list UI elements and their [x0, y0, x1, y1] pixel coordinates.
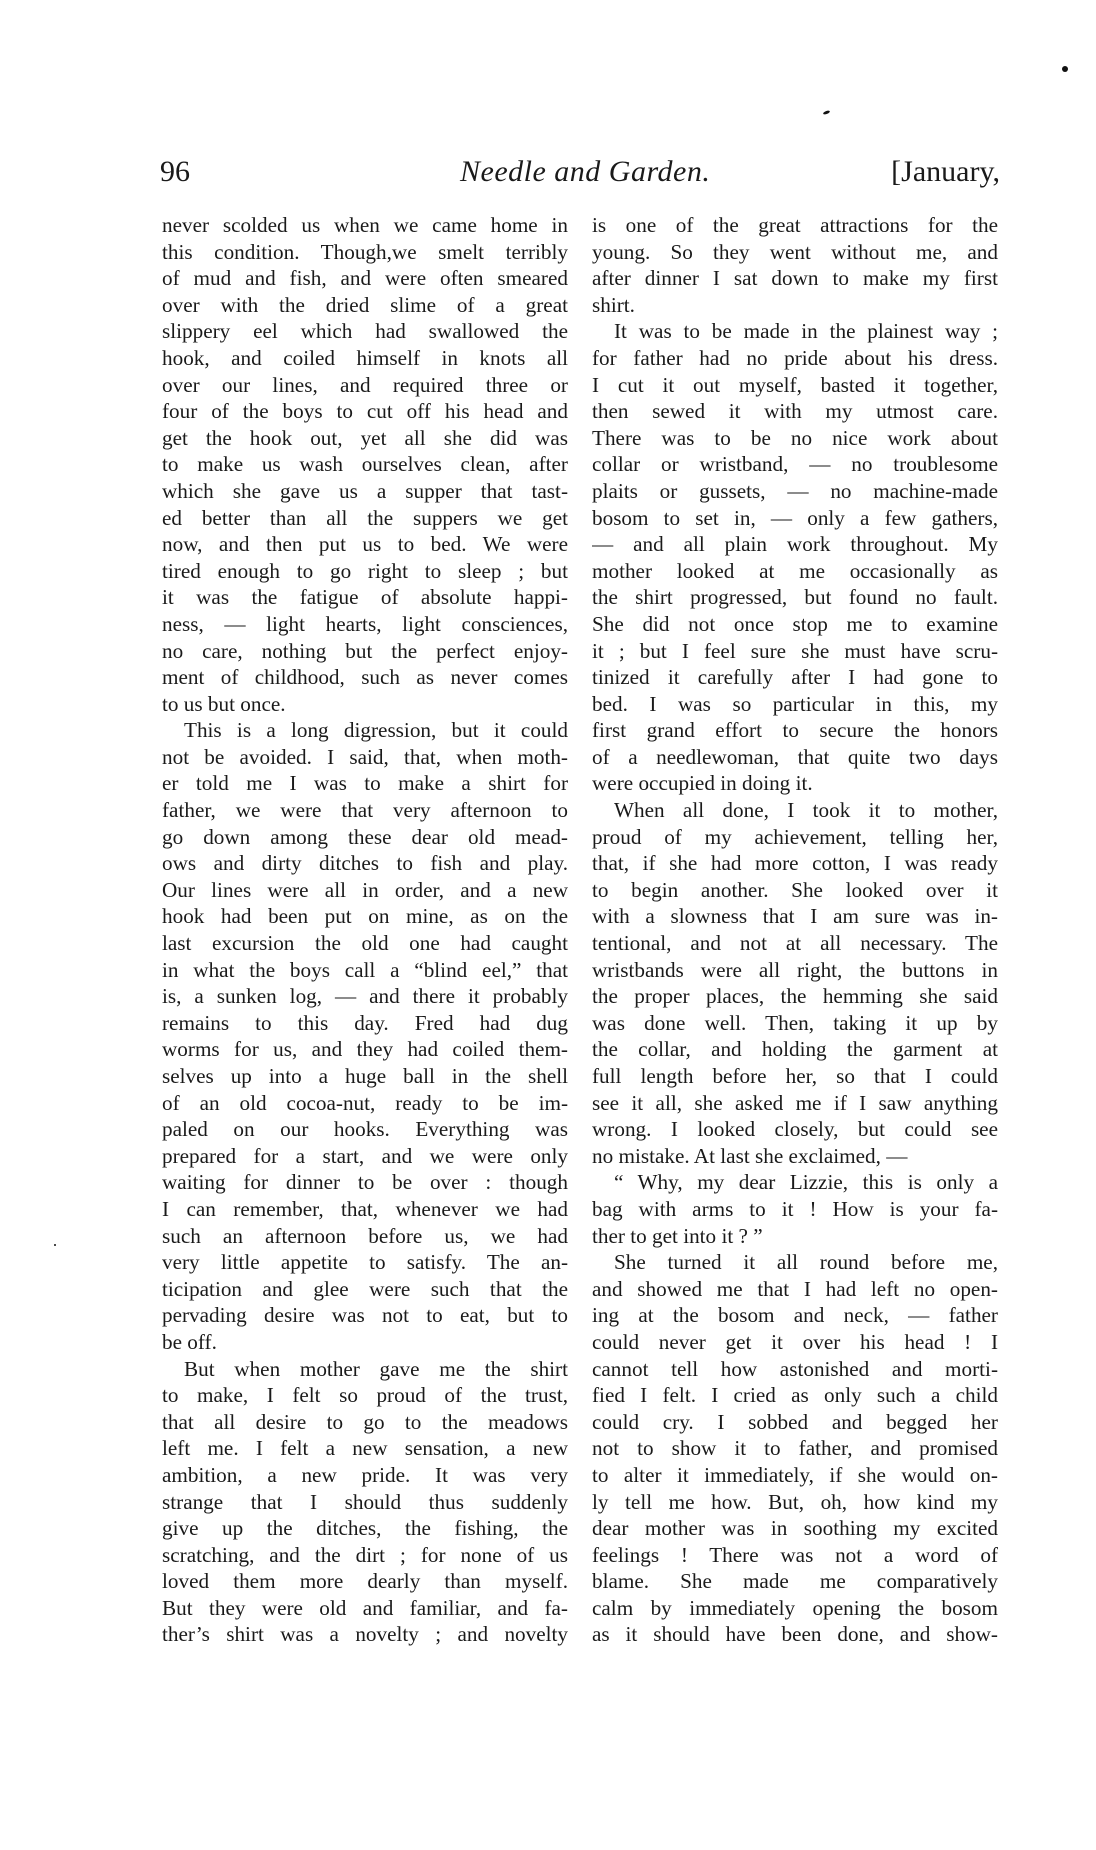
text-line: There was to be no nice work about: [592, 425, 998, 452]
text-line: in what the boys call a “blind eel,” tha…: [162, 957, 568, 984]
text-line: tired enough to go right to sleep ; but: [162, 558, 568, 585]
text-line: selves up into a huge ball in the shell: [162, 1063, 568, 1090]
text-line: She turned it all round before me,: [592, 1249, 998, 1276]
text-line: go down among these dear old mead-: [162, 824, 568, 851]
text-line: last excursion the old one had caught: [162, 930, 568, 957]
text-line: bag with arms to it ! How is your fa-: [592, 1196, 998, 1223]
text-line: this condition. Though,we smelt terribly: [162, 239, 568, 266]
text-line: paled on our hooks. Everything was: [162, 1116, 568, 1143]
text-line: strange that I should thus suddenly: [162, 1489, 568, 1516]
text-line: “ Why, my dear Lizzie, this is only a: [592, 1169, 998, 1196]
text-line: calm by immediately opening the bosom: [592, 1595, 998, 1622]
text-line: It was to be made in the plainest way ;: [592, 318, 998, 345]
text-line: hook, and coiled himself in knots all: [162, 345, 568, 372]
text-line: proud of my achievement, telling her,: [592, 824, 998, 851]
text-line: wrong. I looked closely, but could see: [592, 1116, 998, 1143]
text-line: not to show it to father, and promised: [592, 1435, 998, 1462]
text-line: see it all, she asked me if I saw anythi…: [592, 1090, 998, 1117]
text-line: feelings ! There was not a word of: [592, 1542, 998, 1569]
text-line: not be avoided. I said, that, when moth-: [162, 744, 568, 771]
text-line: fied I felt. I cried as only such a chil…: [592, 1382, 998, 1409]
text-line: Our lines were all in order, and a new: [162, 877, 568, 904]
text-line: could never get it over his head ! I: [592, 1329, 998, 1356]
text-line: ness, — light hearts, light consciences,: [162, 611, 568, 638]
issue-month: [January,: [891, 154, 1000, 190]
text-line: bed. I was so particular in this, my: [592, 691, 998, 718]
text-line: ambition, a new pride. It was very: [162, 1462, 568, 1489]
text-line: er told me I was to make a shirt for: [162, 770, 568, 797]
text-line: was done well. Then, taking it up by: [592, 1010, 998, 1037]
text-line: worms for us, and they had coiled them-: [162, 1036, 568, 1063]
scan-speck: [1062, 66, 1068, 72]
text-line: She did not once stop me to examine: [592, 611, 998, 638]
text-line: father, we were that very afternoon to: [162, 797, 568, 824]
text-line: get the hook out, yet all she did was: [162, 425, 568, 452]
text-line: four of the boys to cut off his head and: [162, 398, 568, 425]
text-line: first grand effort to secure the honors: [592, 717, 998, 744]
text-line: be off.: [162, 1329, 568, 1356]
text-line: could cry. I sobbed and begged her: [592, 1409, 998, 1436]
text-line: ther’s shirt was a novelty ; and novelty: [162, 1621, 568, 1648]
text-line: scratching, and the dirt ; for none of u…: [162, 1542, 568, 1569]
text-line: But they were old and familiar, and fa-: [162, 1595, 568, 1622]
running-title: Needle and Garden.: [460, 154, 710, 190]
text-column-right: is one of the great attractions for they…: [592, 212, 998, 1648]
text-line: When all done, I took it to mother,: [592, 797, 998, 824]
text-line: to begin another. She looked over it: [592, 877, 998, 904]
text-line: for father had no pride about his dress.: [592, 345, 998, 372]
text-line: wristbands were all right, the buttons i…: [592, 957, 998, 984]
text-line: is, a sunken log, — and there it probabl…: [162, 983, 568, 1010]
text-line: ment of childhood, such as never comes: [162, 664, 568, 691]
text-line: never scolded us when we came home in: [162, 212, 568, 239]
document-page: 96 Needle and Garden. [January, never sc…: [0, 0, 1096, 1850]
text-line: bosom to set in, — only a few gathers,: [592, 505, 998, 532]
text-line: with a slowness that I am sure was in-: [592, 903, 998, 930]
text-line: ly tell me how. But, oh, how kind my: [592, 1489, 998, 1516]
text-line: as it should have been done, and show-: [592, 1621, 998, 1648]
page-number: 96: [160, 154, 190, 190]
text-line: over our lines, and required three or: [162, 372, 568, 399]
text-line: of an old cocoa-nut, ready to be im-: [162, 1090, 568, 1117]
text-line: tinized it carefully after I had gone to: [592, 664, 998, 691]
text-line: very little appetite to satisfy. The an-: [162, 1249, 568, 1276]
text-line: I cut it out myself, basted it together,: [592, 372, 998, 399]
text-line: tentional, and not at all necessary. The: [592, 930, 998, 957]
text-line: prepared for a start, and we were only: [162, 1143, 568, 1170]
text-line: ticipation and glee were such that the: [162, 1276, 568, 1303]
text-line: to us but once.: [162, 691, 568, 718]
text-line: shirt.: [592, 292, 998, 319]
text-line: such an afternoon before us, we had: [162, 1223, 568, 1250]
text-column-left: never scolded us when we came home inthi…: [162, 212, 568, 1648]
text-line: to make, I felt so proud of the trust,: [162, 1382, 568, 1409]
text-line: over with the dried slime of a great: [162, 292, 568, 319]
text-line: ows and dirty ditches to fish and play.: [162, 850, 568, 877]
text-line: that all desire to go to the meadows: [162, 1409, 568, 1436]
text-line: — and all plain work throughout. My: [592, 531, 998, 558]
text-line: after dinner I sat down to make my first: [592, 265, 998, 292]
text-line: no care, nothing but the perfect enjoy-: [162, 638, 568, 665]
text-line: hook had been put on mine, as on the: [162, 903, 568, 930]
text-line: now, and then put us to bed. We were: [162, 531, 568, 558]
text-line: plaits or gussets, — no machine-made: [592, 478, 998, 505]
text-line: the proper places, the hemming she said: [592, 983, 998, 1010]
text-line: to alter it immediately, if she would on…: [592, 1462, 998, 1489]
text-line: But when mother gave me the shirt: [162, 1356, 568, 1383]
scan-speck: [823, 110, 831, 115]
running-head: 96 Needle and Garden. [January,: [160, 154, 1000, 194]
text-line: remains to this day. Fred had dug: [162, 1010, 568, 1037]
scan-speck: [54, 1244, 56, 1246]
text-line: young. So they went without me, and: [592, 239, 998, 266]
text-line: is one of the great attractions for the: [592, 212, 998, 239]
text-line: that, if she had more cotton, I was read…: [592, 850, 998, 877]
text-line: pervading desire was not to eat, but to: [162, 1302, 568, 1329]
text-line: dear mother was in soothing my excited: [592, 1515, 998, 1542]
text-line: mother looked at me occasionally as: [592, 558, 998, 585]
text-line: left me. I felt a new sensation, a new: [162, 1435, 568, 1462]
text-line: it ; but I feel sure she must have scru-: [592, 638, 998, 665]
text-line: loved them more dearly than myself.: [162, 1568, 568, 1595]
text-line: and showed me that I had left no open-: [592, 1276, 998, 1303]
text-line: of a needlewoman, that quite two days: [592, 744, 998, 771]
text-line: ing at the bosom and neck, — father: [592, 1302, 998, 1329]
text-line: it was the fatigue of absolute happi-: [162, 584, 568, 611]
text-line: collar or wristband, — no troublesome: [592, 451, 998, 478]
text-line: then sewed it with my utmost care.: [592, 398, 998, 425]
text-line: cannot tell how astonished and morti-: [592, 1356, 998, 1383]
text-line: I can remember, that, whenever we had: [162, 1196, 568, 1223]
text-line: full length before her, so that I could: [592, 1063, 998, 1090]
text-line: to make us wash ourselves clean, after: [162, 451, 568, 478]
text-line: ed better than all the suppers we get: [162, 505, 568, 532]
text-line: ther to get into it ? ”: [592, 1223, 998, 1250]
text-line: were occupied in doing it.: [592, 770, 998, 797]
text-line: blame. She made me comparatively: [592, 1568, 998, 1595]
text-line: the collar, and holding the garment at: [592, 1036, 998, 1063]
text-line: This is a long digression, but it could: [162, 717, 568, 744]
text-line: the shirt progressed, but found no fault…: [592, 584, 998, 611]
text-line: waiting for dinner to be over : though: [162, 1169, 568, 1196]
text-line: slippery eel which had swallowed the: [162, 318, 568, 345]
text-line: no mistake. At last she exclaimed, —: [592, 1143, 998, 1170]
text-line: of mud and fish, and were often smeared: [162, 265, 568, 292]
text-line: which she gave us a supper that tast-: [162, 478, 568, 505]
text-line: give up the ditches, the fishing, the: [162, 1515, 568, 1542]
